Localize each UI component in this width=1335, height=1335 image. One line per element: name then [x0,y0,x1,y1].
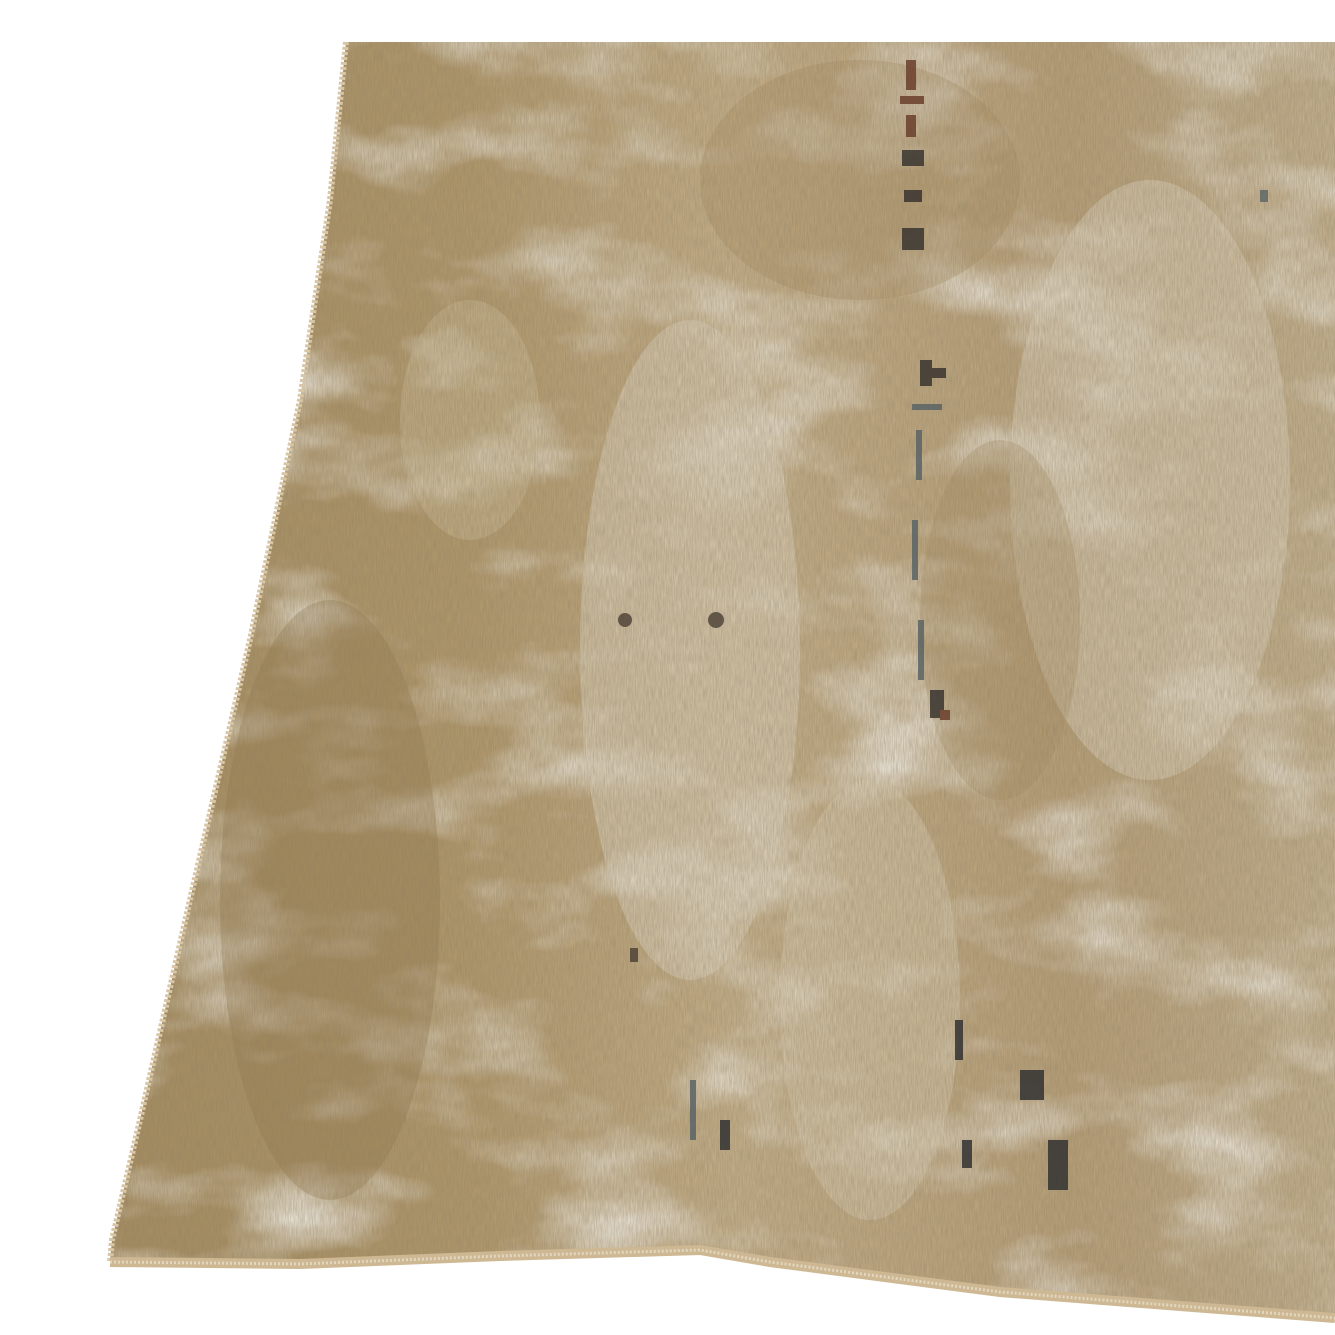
rug-photo [0,0,1335,1335]
rug-illustration [0,0,1335,1335]
